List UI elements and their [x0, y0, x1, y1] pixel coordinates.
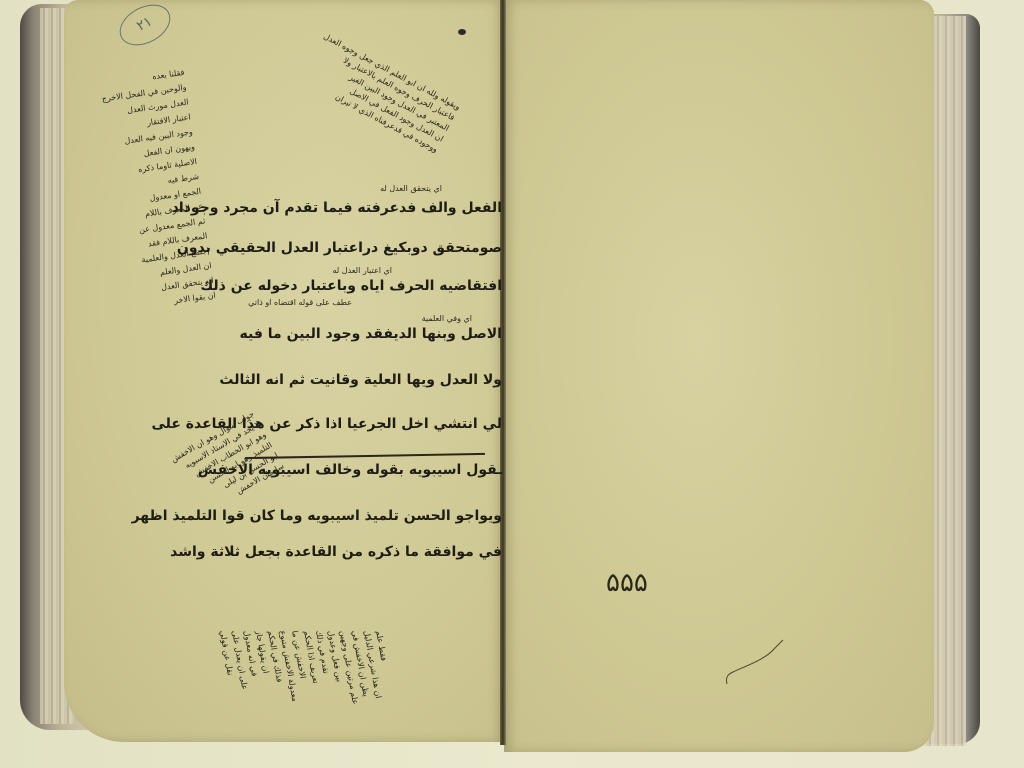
interlinear-gloss: اي وفي العلمية: [422, 314, 472, 323]
interlinear-gloss: عطف على قوله اقتضاه او ذاتي: [248, 298, 352, 307]
main-text-line: لي انتشي اخل الجرعيا اذا ذكر عن هذا القا…: [151, 416, 502, 432]
interlinear-gloss: اي يتحقق العدل له: [380, 184, 442, 193]
main-text-line: صومتحقق دوبكيغ دراعتبار العدل الحقيقي بد…: [177, 240, 502, 256]
interlinear-gloss: اي اعتبار العدل له: [333, 266, 393, 275]
pencil-folio-number: ۵۵۵: [606, 568, 648, 598]
bottom-margin-gloss: فقط علم ان هذا شرعي الدليل يظن ان الاخفش…: [110, 630, 390, 720]
stray-hair-mark: [725, 636, 785, 686]
main-text-line: ولا العدل ويها العلية وقانيت ثم انه الثا…: [219, 372, 502, 388]
main-text-line: افتقاضيه الحرف اياه وباعتبار دخوله عن ذل…: [200, 278, 502, 294]
main-text-line: الفعل والف فدعرفته فيما تقدم آن مجرد وجو…: [172, 200, 502, 216]
main-text-line: الاصل وبنها الديفقد وجود البين ما فيه: [240, 326, 502, 342]
right-page: [504, 0, 934, 752]
ink-spot: [458, 29, 466, 35]
